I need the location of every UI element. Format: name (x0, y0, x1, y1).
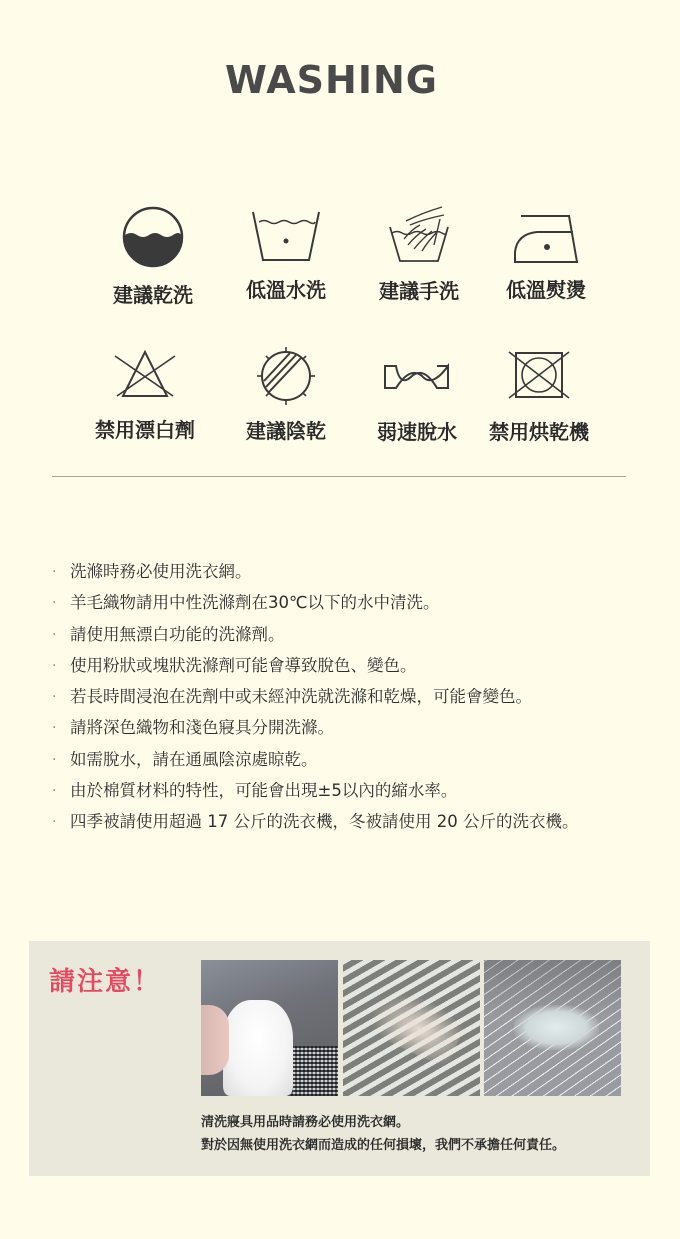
care-item-low-temp-iron: 低溫熨燙 (481, 212, 611, 303)
bullet-icon: · (52, 716, 56, 740)
notice-line: 清洗寢具用品時請務必使用洗衣網。 (201, 1111, 565, 1134)
washing-instructions-list: ·洗滌時務必使用洗衣網。 ·羊毛織物請用中性洗滌劑在30℃以下的水中清洗。 ·請… (50, 560, 578, 842)
care-item-gentle-wring: 弱速脫水 (352, 362, 482, 445)
bullet-icon: · (52, 560, 56, 584)
care-item-shade-dry: 建議陰乾 (221, 345, 351, 444)
instruction-item: ·如需脫水，請在通風陰涼處晾乾。 (50, 748, 578, 779)
instruction-item: ·羊毛織物請用中性洗滌劑在30℃以下的水中清洗。 (50, 591, 578, 622)
care-label: 弱速脫水 (352, 416, 482, 445)
hand-wash-icon (384, 205, 454, 265)
instruction-item: ·請使用無漂白功能的洗滌劑。 (50, 623, 578, 654)
low-temp-iron-icon (511, 212, 581, 264)
bullet-icon: · (52, 685, 56, 709)
care-label: 低溫熨燙 (481, 274, 611, 303)
torn-seam-duvet-photo (484, 960, 621, 1096)
no-bleach-icon (113, 348, 177, 400)
bullet-icon: · (52, 654, 56, 678)
notice-line: 對於因無使用洗衣網而造成的任何損壞，我們不承擔任何責任。 (201, 1134, 565, 1157)
care-item-no-tumble-dry: 禁用烘乾機 (474, 350, 604, 445)
bullet-icon: · (52, 591, 56, 615)
instruction-item: ·請將深色織物和淺色寢具分開洗滌。 (50, 716, 578, 747)
care-label: 禁用漂白劑 (80, 414, 210, 443)
care-item-low-temp-wash: 低溫水洗 (221, 208, 351, 303)
bullet-icon: · (52, 810, 56, 834)
shade-dry-icon (254, 345, 318, 407)
care-label: 建議手洗 (354, 275, 484, 304)
no-tumble-dry-icon (508, 350, 570, 400)
low-temp-wash-icon (249, 208, 323, 264)
dry-clean-icon (121, 205, 185, 269)
care-label: 建議陰乾 (221, 415, 351, 444)
notice-text: 清洗寢具用品時請務必使用洗衣網。 對於因無使用洗衣網而造成的任何損壞，我們不承擔… (201, 1111, 565, 1157)
bullet-icon: · (52, 748, 56, 772)
notice-title: 請注意！ (49, 961, 161, 998)
instruction-item: ·若長時間浸泡在洗劑中或未經沖洗就洗滌和乾燥，可能會變色。 (50, 685, 578, 716)
care-label: 低溫水洗 (221, 274, 351, 303)
page-title: WASHING (0, 58, 663, 102)
section-divider (52, 476, 626, 477)
notice-box: 請注意！ 清洗寢具用品時請務必使用洗衣網。 對於因無使用洗衣網而造成的任何損壞，… (29, 941, 650, 1176)
instruction-item: ·由於棉質材料的特性，可能會出現±5以內的縮水率。 (50, 779, 578, 810)
torn-striped-duvet-photo (343, 960, 480, 1096)
fluff-escaping-photo (201, 960, 338, 1096)
care-label: 禁用烘乾機 (474, 416, 604, 445)
care-label: 建議乾洗 (88, 279, 218, 308)
care-item-no-bleach: 禁用漂白劑 (80, 348, 210, 443)
bullet-icon: · (52, 779, 56, 803)
instruction-item: ·四季被請使用超過 17 公斤的洗衣機，冬被請使用 20 公斤的洗衣機。 (50, 810, 578, 841)
instruction-item: ·使用粉狀或塊狀洗滌劑可能會導致脫色、變色。 (50, 654, 578, 685)
care-item-dry-clean: 建議乾洗 (88, 205, 218, 308)
bullet-icon: · (52, 623, 56, 647)
care-item-hand-wash: 建議手洗 (354, 205, 484, 304)
instruction-item: ·洗滌時務必使用洗衣網。 (50, 560, 578, 591)
gentle-wring-icon (382, 362, 452, 392)
